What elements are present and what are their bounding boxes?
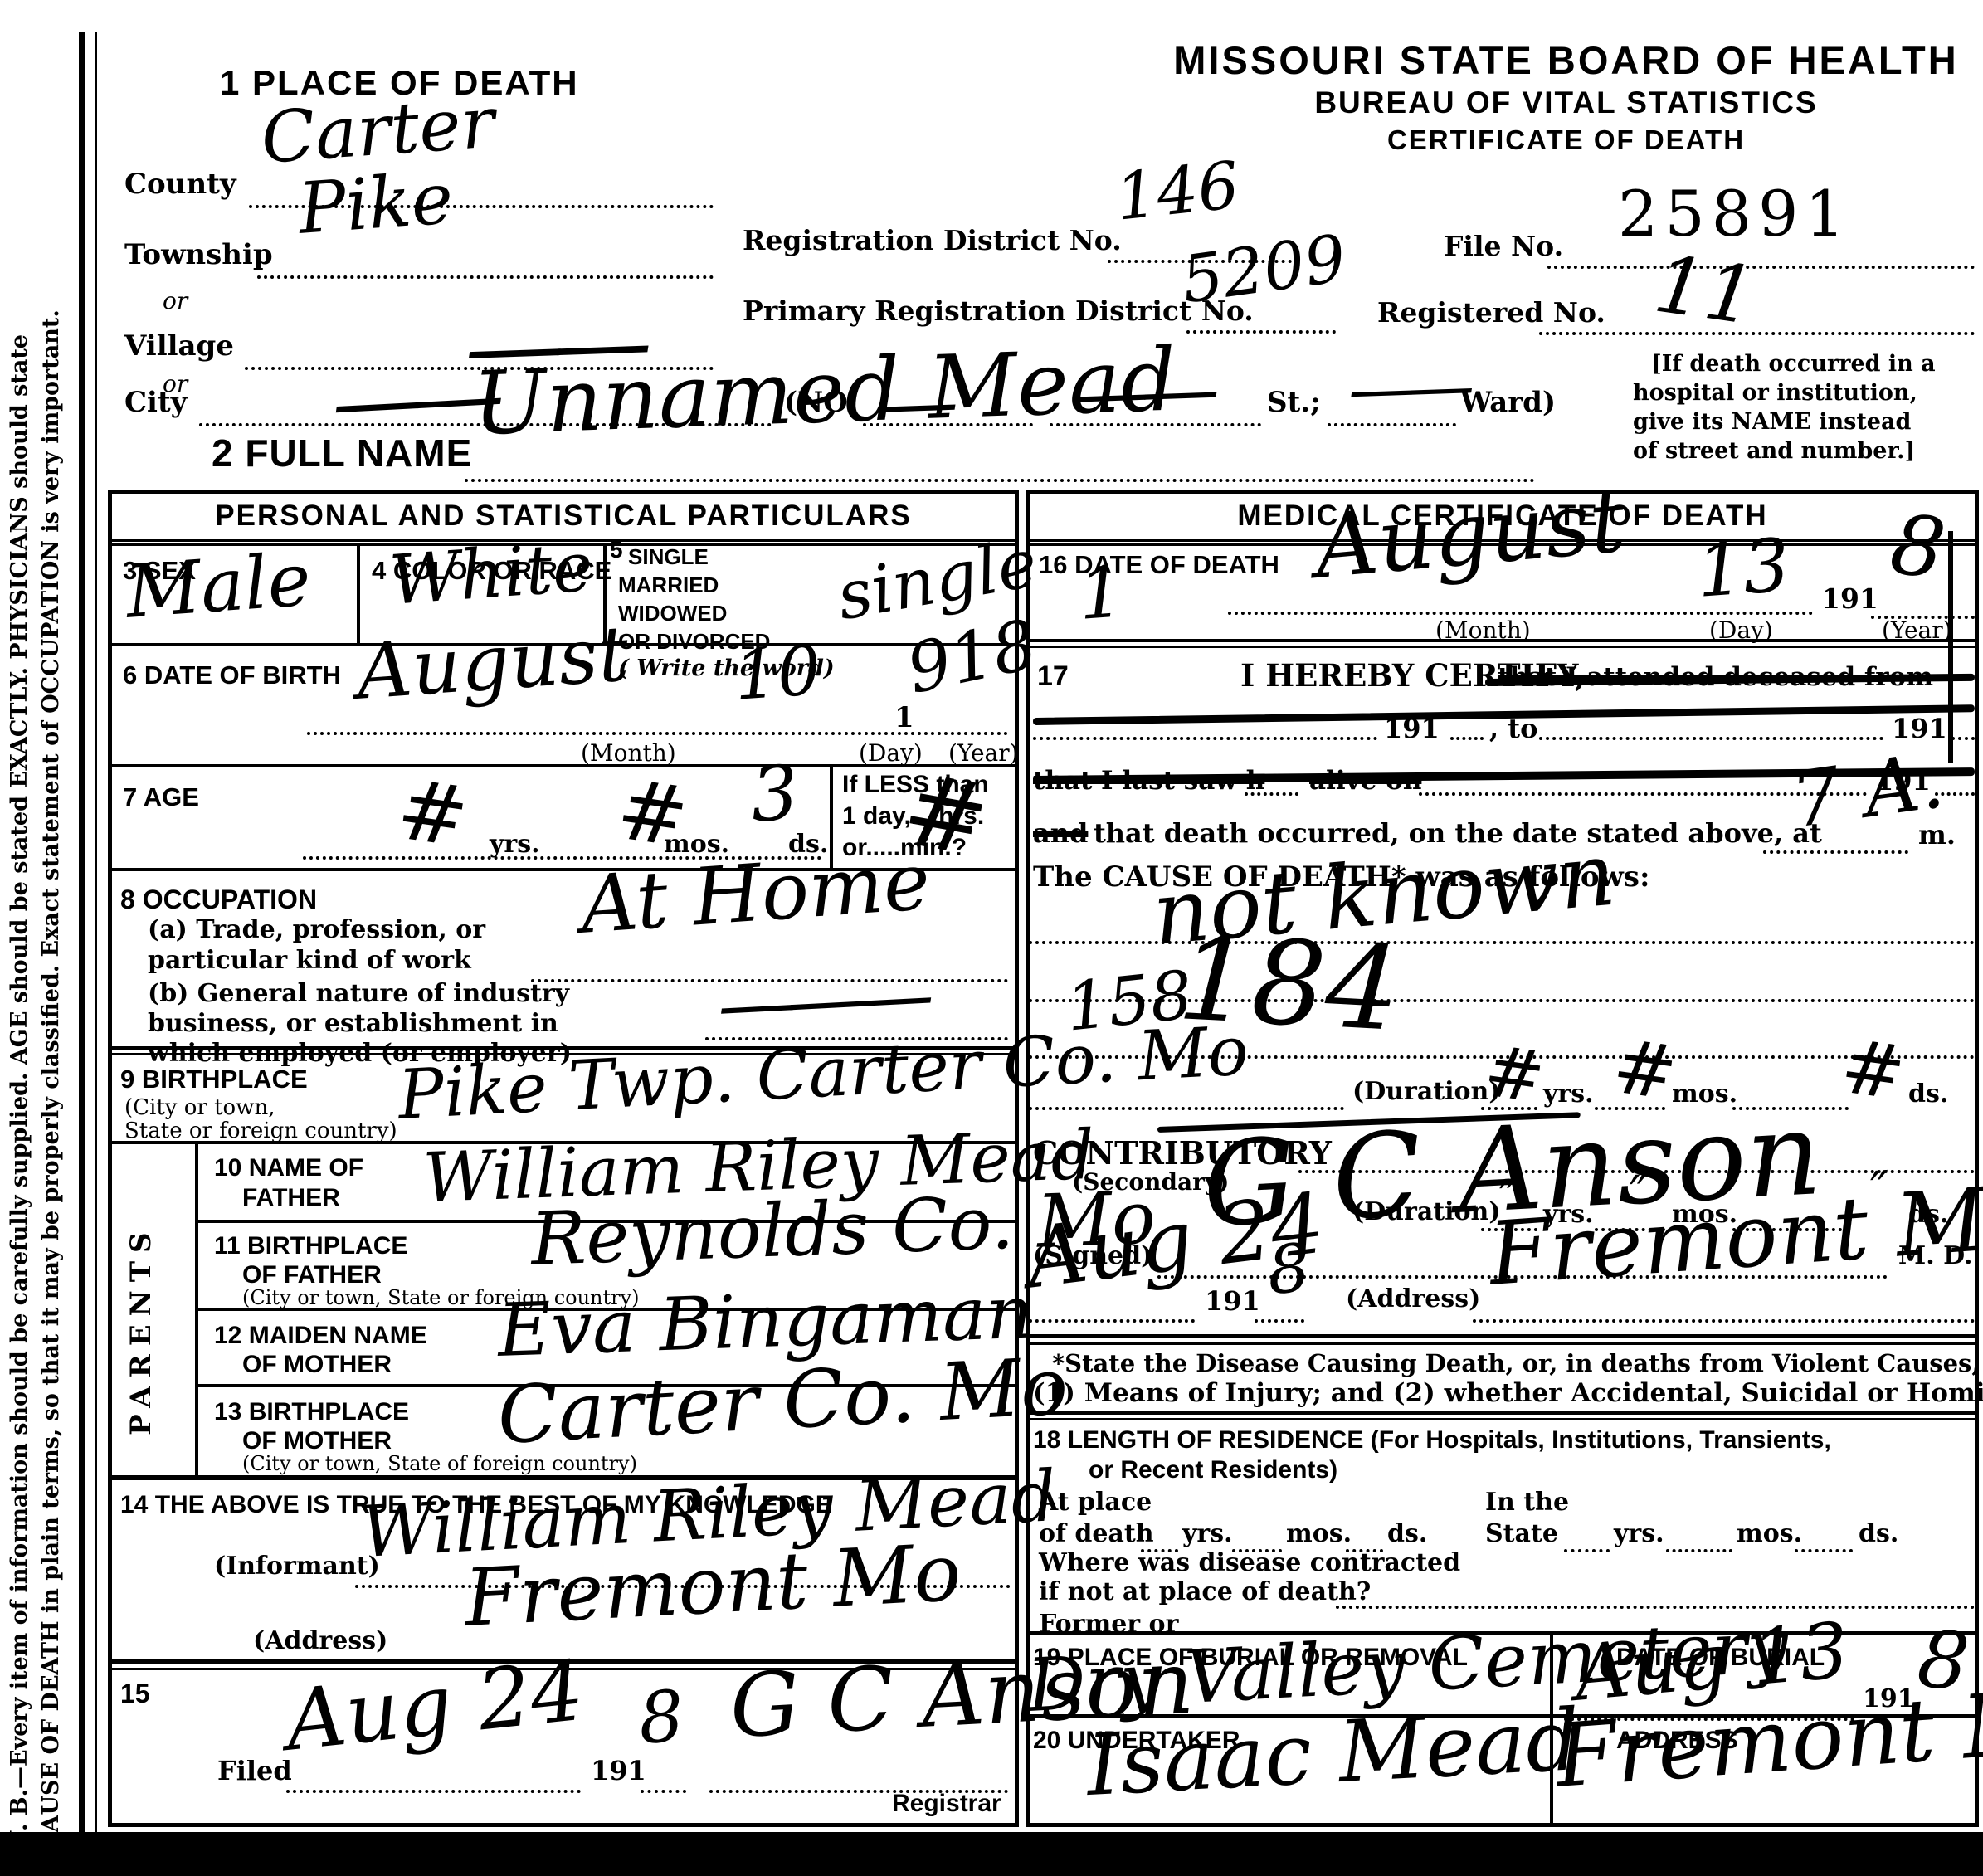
occ-b-l1: (b) General nature of industry: [148, 981, 569, 1007]
dob-label: 6 DATE OF BIRTH: [123, 662, 341, 689]
footnote-l1: *State the Disease Causing Death, or, in…: [1052, 1351, 1983, 1376]
fullname-value: Unnamed Mead: [471, 336, 1177, 448]
sex-value: Male: [124, 543, 313, 629]
filed-cap: Filed: [217, 1757, 292, 1786]
margin-note-line2: CAUSE OF DEATH in plain terms, so that i…: [38, 58, 64, 1850]
county-label: County: [124, 170, 236, 200]
marital-no: 5: [610, 538, 623, 562]
sign-date-dots: [1029, 1284, 1195, 1323]
dod-day-cap: (Day): [1709, 618, 1773, 642]
at-place-dots-mos: [1232, 1514, 1282, 1552]
in-state-l2: State: [1485, 1521, 1558, 1547]
residence-label-l2: or Recent Residents): [1089, 1457, 1337, 1484]
footnote-l2: (1) Means of Injury; and (2) whether Acc…: [1033, 1380, 1983, 1407]
cause-line1: [1029, 906, 1975, 944]
bureau-title: BUREAU OF VITAL STATISTICS: [1153, 87, 1979, 119]
at-place-mos-cap: mos.: [1286, 1521, 1352, 1547]
at-place-l1: At place: [1039, 1489, 1152, 1516]
left-border-line: [79, 32, 85, 1876]
primary-reg-line: [1186, 297, 1336, 334]
certify-no: 17: [1037, 662, 1069, 692]
in-state-dots-yrs: [1564, 1514, 1610, 1552]
dob-year-prefix: 1: [894, 704, 914, 733]
occ-a-l2: particular kind of work: [148, 948, 471, 974]
row-border: [1026, 646, 1979, 648]
death-certificate-scan: N. B.—Every item of information should b…: [0, 0, 1983, 1876]
registered-no-value: 11: [1649, 245, 1760, 337]
sign-year-prefix: 191: [1205, 1288, 1260, 1316]
township-value: Pike: [296, 163, 456, 245]
certify-struck-and: and: [1033, 820, 1088, 848]
parents-label: PARENTS: [124, 1187, 158, 1435]
age-yrs-value: #: [392, 767, 473, 860]
certify-line2-dots-b: [1450, 704, 1484, 740]
in-state-l1: In the: [1485, 1489, 1569, 1516]
occupation-label: 8 OCCUPATION: [120, 886, 317, 914]
reg-district-value: 146: [1113, 153, 1242, 231]
or-label-1: or: [163, 289, 188, 313]
contracted-l2: if not at place of death?: [1039, 1579, 1371, 1606]
hospital-note-l4: of street and number.]: [1633, 440, 1915, 463]
father-name-label-l1: 10 NAME OF: [214, 1155, 363, 1182]
city-label: City: [124, 388, 187, 418]
hospital-note-l1: [If death occurred in a: [1651, 353, 1936, 376]
sign-address-cap: (Address): [1346, 1286, 1480, 1313]
dod-month: August: [1311, 478, 1628, 592]
hospital-note-l3: give its NAME instead: [1633, 411, 1911, 434]
ward-value: ——: [1347, 353, 1469, 423]
dod-label: 16 DATE OF DEATH: [1039, 552, 1279, 579]
duration-ds-cap: ds.: [1908, 1081, 1948, 1108]
former-residence-l1: Former or: [1039, 1611, 1178, 1638]
race-value: White: [387, 534, 595, 616]
scan-artifact-bar: [0, 1832, 1983, 1876]
certify-line2-to: , to: [1489, 715, 1537, 743]
dod-year-prefix: 191: [1821, 585, 1878, 614]
duration-lead-dots: [1029, 1072, 1344, 1110]
mother-name-label-l1: 12 MAIDEN NAME: [214, 1323, 427, 1349]
contracted-line: [1336, 1571, 1975, 1609]
reg-district-label: Registration District No.: [743, 227, 1122, 256]
filed-year-prefix: 191: [591, 1757, 646, 1786]
duration-ds-value: #: [1837, 1029, 1909, 1112]
filed-no: 15: [120, 1680, 150, 1708]
row-border: [1026, 1411, 1979, 1415]
sign-year-value: 8: [1265, 1235, 1312, 1304]
in-state-yrs-cap: yrs.: [1614, 1521, 1664, 1547]
informant-address-cap: (Address): [253, 1628, 387, 1654]
at-place-yrs-cap: yrs.: [1182, 1521, 1233, 1547]
birthplace-label: 9 BIRTHPLACE: [120, 1066, 308, 1094]
marital-option-widowed: WIDOWED: [618, 602, 727, 625]
at-place-l2: of death: [1039, 1521, 1154, 1547]
at-place-dots-yrs: [1141, 1514, 1178, 1552]
registrar-line: [709, 1755, 1008, 1793]
scan-artifact-line: [1948, 531, 1953, 763]
certificate-title: CERTIFICATE OF DEATH: [1153, 126, 1979, 155]
birthplace-sub-l1: (City or town,: [124, 1097, 275, 1119]
file-no-label: File No.: [1444, 232, 1563, 261]
filed-year-value: 8: [636, 1681, 686, 1755]
village-label: Village: [124, 332, 234, 362]
father-bp-label-l2: OF FATHER: [242, 1262, 382, 1289]
board-title: MISSOURI STATE BOARD OF HEALTH: [1153, 40, 1979, 80]
age-yrs-cap: yrs.: [490, 831, 540, 858]
in-state-mos-cap: mos.: [1737, 1521, 1802, 1547]
hospital-note-l2: hospital or institution,: [1633, 382, 1917, 405]
father-bp-label-l1: 11 BIRTHPLACE: [214, 1233, 407, 1260]
dod-month-cap: (Month): [1435, 618, 1531, 642]
marital-option-married: MARRIED: [618, 574, 719, 597]
at-place-ds-cap: ds.: [1387, 1521, 1427, 1547]
county-value: Carter: [259, 87, 497, 173]
dod-day: 13: [1694, 529, 1792, 608]
township-label: Township: [124, 241, 273, 270]
dod-stray-mark: 1: [1076, 557, 1126, 631]
left-border-line-inner: [95, 32, 97, 1876]
dod-year-cap: (Year): [1882, 618, 1952, 642]
mother-bp-label-l2: OF MOTHER: [242, 1428, 392, 1455]
occ-b-l2: business, or establishment in: [148, 1011, 558, 1037]
death-time-value: 7 A.: [1787, 743, 1948, 840]
fullname-label: 2 FULL NAME: [212, 433, 472, 473]
row-border: [1026, 1334, 1979, 1338]
dob-day: 10: [732, 637, 823, 711]
mother-name-label-l2: OF MOTHER: [242, 1352, 392, 1378]
occ-a-value: At Home: [578, 843, 933, 946]
fullname-line: [465, 444, 1535, 482]
birthplace-sub-l2: State or foreign country): [124, 1120, 397, 1143]
dob-month: August: [354, 616, 631, 711]
age-label: 7 AGE: [123, 784, 199, 811]
filed-year-line: [641, 1755, 686, 1793]
occ-a-l1: (a) Trade, profession, or: [148, 917, 485, 943]
primary-reg-label: Primary Registration District No.: [743, 297, 1254, 326]
file-no-value: 25891: [1618, 181, 1852, 247]
row-border: [1026, 1418, 1979, 1420]
st-label: St.;: [1267, 388, 1321, 418]
mother-bp-label-l1: 13 BIRTHPLACE: [214, 1399, 409, 1425]
margin-note-line1: N. B.—Every item of information should b…: [7, 58, 32, 1850]
parents-cell-border: [195, 1141, 198, 1477]
father-name-label-l2: FATHER: [242, 1185, 340, 1211]
registrar-cap: Registrar: [892, 1791, 1001, 1817]
age-days-value: 3: [748, 756, 801, 834]
registered-no-line: [1539, 299, 1975, 335]
at-place-dots-ds: [1346, 1514, 1383, 1552]
undertaker-value: Isaac Mead: [1084, 1698, 1581, 1809]
row-border: [1026, 1342, 1979, 1345]
in-state-dots-mos: [1666, 1514, 1732, 1552]
ward-label: Ward): [1460, 388, 1556, 418]
duration-cap: (Duration): [1352, 1079, 1501, 1105]
marital-option-single: SINGLE: [628, 546, 709, 568]
in-state-ds-cap: ds.: [1859, 1521, 1898, 1547]
in-state-dots-ds: [1795, 1514, 1853, 1552]
residence-label-l1: 18 LENGTH OF RESIDENCE (For Hospitals, I…: [1033, 1427, 1831, 1454]
